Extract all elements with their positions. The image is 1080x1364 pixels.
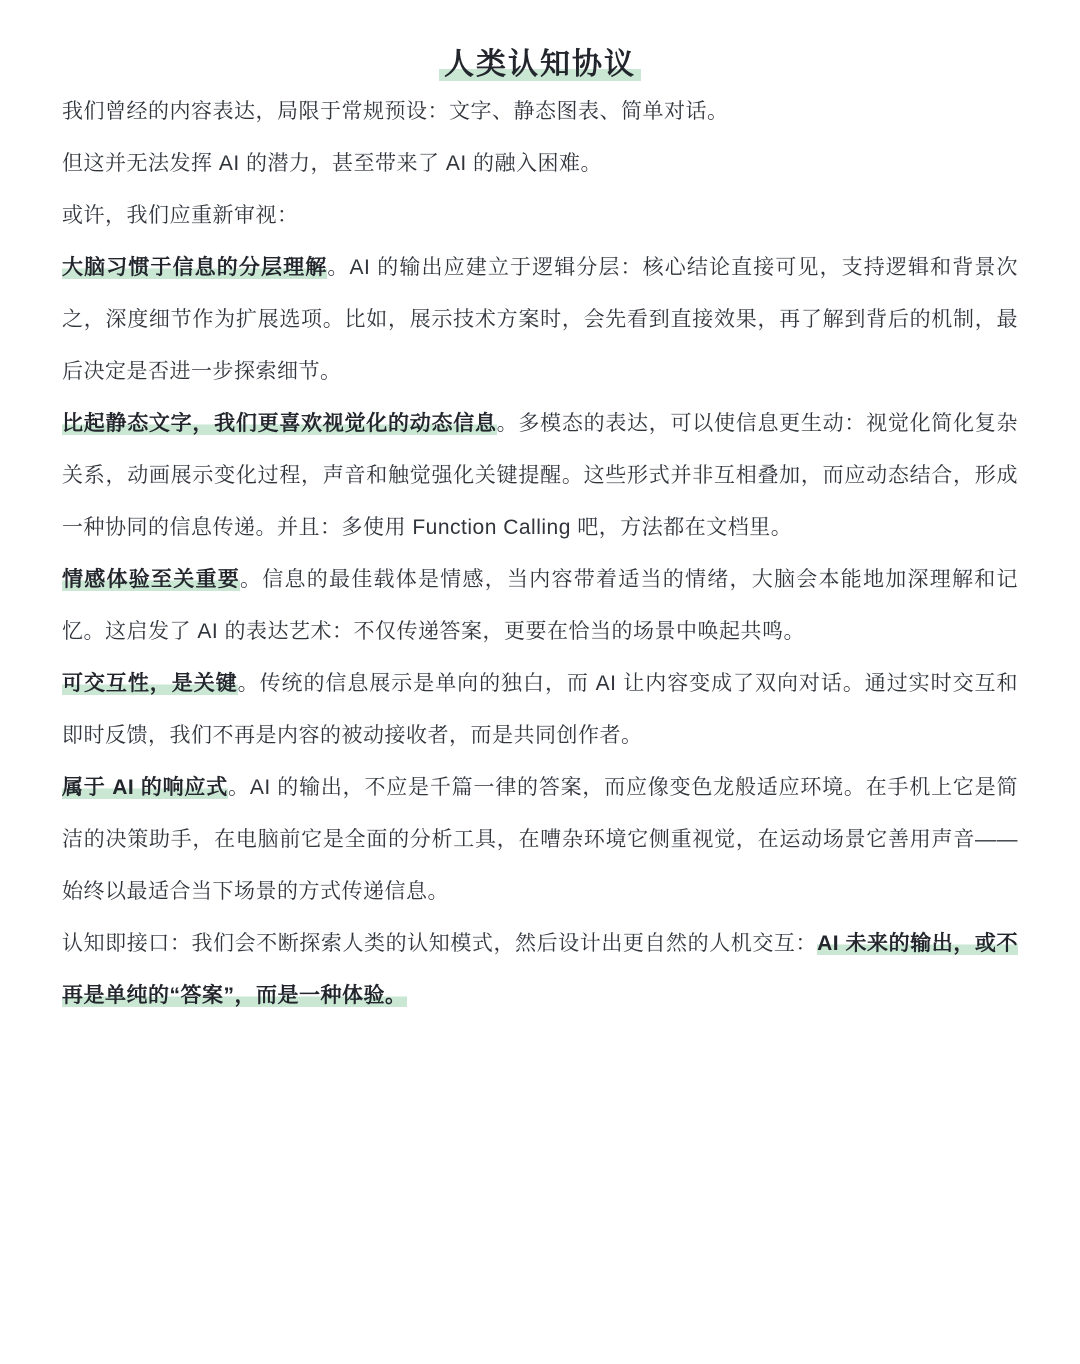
body-text: 我们曾经的内容表达，局限于常规预设：文字、静态图表、简单对话。	[62, 100, 729, 123]
paragraph: 情感体验至关重要。信息的最佳载体是情感，当内容带着适当的情绪，大脑会本能地加深理…	[62, 554, 1018, 658]
paragraph: 我们曾经的内容表达，局限于常规预设：文字、静态图表、简单对话。	[62, 86, 1018, 138]
highlighted-key-phrase: 属于 AI 的响应式	[62, 776, 228, 799]
highlighted-key-phrase: 可交互性，是关键	[62, 672, 238, 695]
paragraph: 可交互性，是关键。传统的信息展示是单向的独白，而 AI 让内容变成了双向对话。通…	[62, 658, 1018, 762]
body-text: 认知即接口：我们会不断探索人类的认知模式，然后设计出更自然的人机交互：	[62, 932, 817, 955]
paragraph: 大脑习惯于信息的分层理解。AI 的输出应建立于逻辑分层：核心结论直接可见，支持逻…	[62, 242, 1018, 398]
highlighted-key-phrase: 大脑习惯于信息的分层理解	[62, 256, 327, 279]
paragraph: 但这并无法发挥 AI 的潜力，甚至带来了 AI 的融入困难。	[62, 138, 1018, 190]
highlighted-key-phrase: 情感体验至关重要	[62, 568, 240, 591]
paragraph: 比起静态文字，我们更喜欢视觉化的动态信息。多模态的表达，可以使信息更生动：视觉化…	[62, 398, 1018, 554]
body-text: 或许，我们应重新审视：	[62, 204, 299, 227]
page-title: 人类认知协议	[62, 44, 1018, 86]
highlighted-key-phrase: 比起静态文字，我们更喜欢视觉化的动态信息	[62, 412, 497, 435]
paragraph: 认知即接口：我们会不断探索人类的认知模式，然后设计出更自然的人机交互：AI 未来…	[62, 918, 1018, 1022]
document: 人类认知协议 我们曾经的内容表达，局限于常规预设：文字、静态图表、简单对话。但这…	[0, 0, 1080, 1052]
paragraph: 属于 AI 的响应式。AI 的输出，不应是千篇一律的答案，而应像变色龙般适应环境…	[62, 762, 1018, 918]
document-body: 我们曾经的内容表达，局限于常规预设：文字、静态图表、简单对话。但这并无法发挥 A…	[62, 86, 1018, 1022]
body-text: 但这并无法发挥 AI 的潜力，甚至带来了 AI 的融入困难。	[62, 152, 602, 175]
paragraph: 或许，我们应重新审视：	[62, 190, 1018, 242]
title-highlight: 人类认知协议	[439, 48, 641, 81]
